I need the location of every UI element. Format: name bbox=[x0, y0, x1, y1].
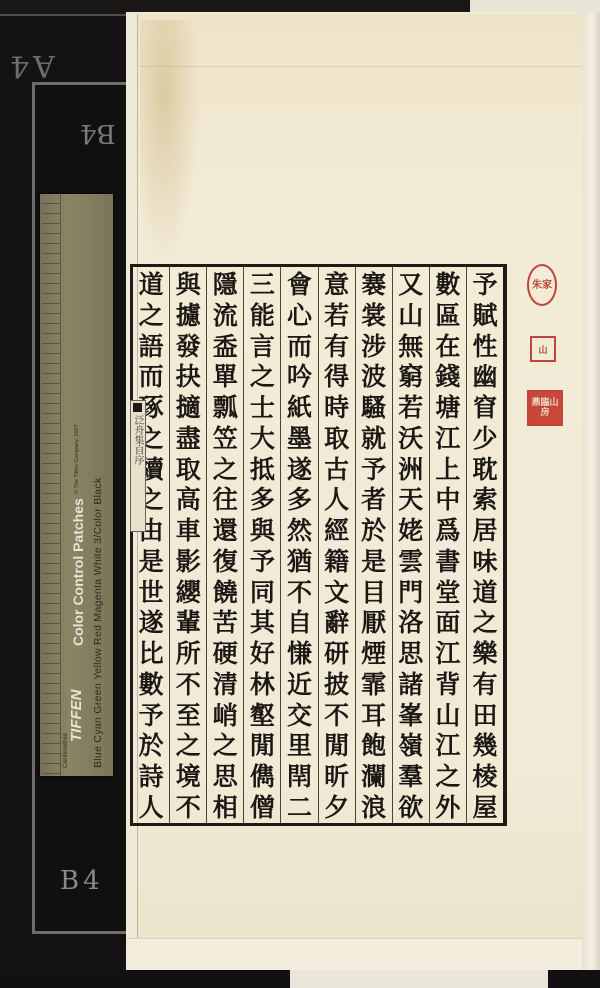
glyph: 無 bbox=[398, 333, 423, 360]
glyph: 遂 bbox=[287, 456, 312, 483]
glyph: 言 bbox=[250, 333, 275, 360]
glyph: 爲 bbox=[435, 517, 460, 544]
glyph: 多 bbox=[250, 486, 275, 513]
glyph: 有 bbox=[472, 671, 497, 698]
text-column: 又山無窮若沃洲天姥雲門洛思諸峯嶺羣欲 bbox=[392, 267, 429, 823]
glyph: 盡 bbox=[176, 425, 201, 452]
glyph: 輩 bbox=[176, 609, 201, 636]
glyph: 樂 bbox=[472, 640, 497, 667]
glyph: 予 bbox=[361, 456, 386, 483]
glyph: 門 bbox=[398, 579, 423, 606]
card-label-a4: A4 bbox=[6, 48, 55, 83]
glyph: 而 bbox=[287, 333, 312, 360]
glyph: 遂 bbox=[139, 609, 164, 636]
glyph: 抉 bbox=[176, 363, 201, 390]
glyph: 里 bbox=[287, 732, 312, 759]
glyph: 語 bbox=[139, 333, 164, 360]
glyph: 比 bbox=[139, 640, 164, 667]
glyph: 意 bbox=[324, 271, 349, 298]
glyph: 堂 bbox=[435, 579, 460, 606]
glyph: 能 bbox=[250, 302, 275, 329]
glyph: 之 bbox=[213, 732, 238, 759]
glyph: 閈 bbox=[287, 763, 312, 790]
glyph: 之 bbox=[472, 609, 497, 636]
glyph: 數 bbox=[435, 271, 460, 298]
glyph: 清 bbox=[213, 671, 238, 698]
glyph: 瀾 bbox=[361, 763, 386, 790]
glyph: 林 bbox=[250, 671, 275, 698]
text-column: 意若有得時取古人經籍文辭研披不閒昕夕 bbox=[318, 267, 355, 823]
glyph: 取 bbox=[176, 456, 201, 483]
glyph: 復 bbox=[213, 548, 238, 575]
glyph: 研 bbox=[324, 640, 349, 667]
glyph: 少 bbox=[472, 425, 497, 452]
glyph: 於 bbox=[361, 517, 386, 544]
glyph: 不 bbox=[324, 702, 349, 729]
glyph: 中 bbox=[435, 486, 460, 513]
glyph: 經 bbox=[324, 517, 349, 544]
glyph: 多 bbox=[287, 486, 312, 513]
glyph: 至 bbox=[176, 702, 201, 729]
glyph: 苦 bbox=[213, 609, 238, 636]
glyph: 往 bbox=[213, 486, 238, 513]
glyph: 世 bbox=[139, 579, 164, 606]
glyph: 得 bbox=[324, 363, 349, 390]
glyph: 是 bbox=[361, 548, 386, 575]
glyph: 霏 bbox=[361, 671, 386, 698]
glyph: 數 bbox=[139, 671, 164, 698]
glyph: 目 bbox=[361, 579, 386, 606]
glyph: 之 bbox=[176, 732, 201, 759]
glyph: 厭 bbox=[361, 609, 386, 636]
glyph: 棱 bbox=[472, 763, 497, 790]
glyph: 近 bbox=[287, 671, 312, 698]
glyph: 閒 bbox=[250, 732, 275, 759]
glyph: 儁 bbox=[250, 763, 275, 790]
glyph: 天 bbox=[398, 486, 423, 513]
glyph: 羣 bbox=[398, 763, 423, 790]
glyph: 不 bbox=[176, 794, 201, 821]
glyph: 峭 bbox=[213, 702, 238, 729]
strip-title: Color Control Patches bbox=[70, 498, 86, 646]
glyph: 索 bbox=[472, 486, 497, 513]
glyph: 背 bbox=[435, 671, 460, 698]
glyph: 是 bbox=[139, 548, 164, 575]
glyph: 思 bbox=[213, 763, 238, 790]
glyph: 江 bbox=[435, 640, 460, 667]
glyph: 浪 bbox=[361, 794, 386, 821]
glyph: 壑 bbox=[250, 702, 275, 729]
glyph: 居 bbox=[472, 517, 497, 544]
text-column: 數區在錢塘江上中爲書堂面江背山江之外 bbox=[429, 267, 466, 823]
strip-copyright: © The Tiffen Company, 2007 bbox=[74, 424, 80, 494]
glyph: 自 bbox=[287, 609, 312, 636]
glyph: 還 bbox=[213, 517, 238, 544]
glyph: 沃 bbox=[398, 425, 423, 452]
glyph: 若 bbox=[324, 302, 349, 329]
glyph: 在 bbox=[435, 333, 460, 360]
glyph: 窮 bbox=[398, 363, 423, 390]
glyph: 好 bbox=[250, 640, 275, 667]
glyph: 有 bbox=[324, 333, 349, 360]
glyph: 攄 bbox=[176, 302, 201, 329]
glyph: 洲 bbox=[398, 456, 423, 483]
text-column: 會心而吟紙墨遂多然猶不自慊近交里閈二 bbox=[280, 267, 317, 823]
glyph: 抵 bbox=[250, 456, 275, 483]
strip-brand: TIFFEN bbox=[68, 690, 85, 743]
text-column: 三能言之士大抵多與予同其好林壑閒儁僧 bbox=[243, 267, 280, 823]
glyph: 山 bbox=[435, 702, 460, 729]
glyph: 影 bbox=[176, 548, 201, 575]
glyph: 大 bbox=[250, 425, 275, 452]
glyph: 僧 bbox=[250, 794, 275, 821]
book-page-edges bbox=[580, 12, 600, 970]
glyph: 飽 bbox=[361, 732, 386, 759]
card-label-b4-bottom: B4 bbox=[60, 866, 104, 896]
glyph: 之 bbox=[139, 302, 164, 329]
glyph: 二 bbox=[287, 794, 312, 821]
glyph: 耽 bbox=[472, 456, 497, 483]
text-column: 與攄發抉擿盡取高車影纓輩所不至之境不 bbox=[169, 267, 206, 823]
glyph: 與 bbox=[176, 271, 201, 298]
glyph: 瓢 bbox=[213, 394, 238, 421]
glyph: 披 bbox=[324, 671, 349, 698]
glyph: 面 bbox=[435, 609, 460, 636]
page-fold-line bbox=[137, 66, 582, 67]
glyph: 夕 bbox=[324, 794, 349, 821]
glyph: 窅 bbox=[472, 394, 497, 421]
glyph: 就 bbox=[361, 425, 386, 452]
glyph: 外 bbox=[435, 794, 460, 821]
glyph: 幽 bbox=[472, 363, 497, 390]
glyph: 人 bbox=[324, 486, 349, 513]
glyph: 姥 bbox=[398, 517, 423, 544]
glyph: 味 bbox=[472, 548, 497, 575]
glyph: 慊 bbox=[287, 640, 312, 667]
glyph: 思 bbox=[398, 640, 423, 667]
glyph: 者 bbox=[361, 486, 386, 513]
margin-title-text: 泛舟集自序 bbox=[132, 415, 144, 465]
glyph: 紙 bbox=[287, 394, 312, 421]
glyph: 同 bbox=[250, 579, 275, 606]
glyph: 高 bbox=[176, 486, 201, 513]
glyph: 嶺 bbox=[398, 732, 423, 759]
glyph: 峯 bbox=[398, 702, 423, 729]
glyph: 洛 bbox=[398, 609, 423, 636]
glyph: 書 bbox=[435, 548, 460, 575]
glyph: 古 bbox=[324, 456, 349, 483]
glyph: 墨 bbox=[287, 425, 312, 452]
glyph: 擿 bbox=[176, 394, 201, 421]
glyph: 隱 bbox=[213, 271, 238, 298]
glyph: 裳 bbox=[361, 302, 386, 329]
glyph: 文 bbox=[324, 579, 349, 606]
glyph: 三 bbox=[250, 271, 275, 298]
glyph: 發 bbox=[176, 333, 201, 360]
glyph: 山 bbox=[398, 302, 423, 329]
glyph: 區 bbox=[435, 302, 460, 329]
strip-ruler-unit: Centimetres bbox=[62, 733, 69, 768]
glyph: 褰 bbox=[361, 271, 386, 298]
collector-seal-filled: 鼎臨山房 bbox=[527, 390, 563, 426]
glyph: 予 bbox=[250, 548, 275, 575]
glyph: 流 bbox=[213, 302, 238, 329]
glyph: 笠 bbox=[213, 425, 238, 452]
glyph: 盉 bbox=[213, 333, 238, 360]
glyph: 單 bbox=[213, 363, 238, 390]
glyph: 煙 bbox=[361, 640, 386, 667]
glyph: 耳 bbox=[361, 702, 386, 729]
margin-title: 泛舟集自序 bbox=[130, 400, 146, 532]
text-column: 予賦性幽窅少耽索居味道之樂有田幾棱屋 bbox=[466, 267, 503, 823]
glyph: 心 bbox=[287, 302, 312, 329]
glyph: 交 bbox=[287, 702, 312, 729]
fishtail-mark-icon bbox=[133, 403, 142, 412]
glyph: 之 bbox=[250, 363, 275, 390]
text-column: 隱流盉單瓢笠之往還復饒苦硬清峭之思相 bbox=[206, 267, 243, 823]
glyph: 雲 bbox=[398, 548, 423, 575]
glyph: 於 bbox=[139, 732, 164, 759]
glyph: 涉 bbox=[361, 333, 386, 360]
glyph: 江 bbox=[435, 732, 460, 759]
card-label-b4-top: B4 bbox=[80, 118, 116, 148]
text-block-frame: 予賦性幽窅少耽索居味道之樂有田幾棱屋 數區在錢塘江上中爲書堂面江背山江之外 又山… bbox=[130, 264, 507, 826]
glyph: 道 bbox=[139, 271, 164, 298]
glyph: 境 bbox=[176, 763, 201, 790]
glyph: 然 bbox=[287, 517, 312, 544]
glyph: 幾 bbox=[472, 732, 497, 759]
glyph: 人 bbox=[139, 794, 164, 821]
glyph: 不 bbox=[176, 671, 201, 698]
glyph: 詩 bbox=[139, 763, 164, 790]
glyph: 之 bbox=[435, 763, 460, 790]
glyph: 諸 bbox=[398, 671, 423, 698]
glyph: 昕 bbox=[324, 763, 349, 790]
glyph: 賦 bbox=[472, 302, 497, 329]
glyph: 騷 bbox=[361, 394, 386, 421]
text-column: 道之語而琢之續之由是世遂比數予於詩人 bbox=[133, 267, 169, 823]
glyph: 塘 bbox=[435, 394, 460, 421]
page-stain bbox=[140, 20, 200, 270]
page-lower-band bbox=[127, 938, 582, 971]
glyph: 籍 bbox=[324, 548, 349, 575]
glyph: 士 bbox=[250, 394, 275, 421]
glyph: 辭 bbox=[324, 609, 349, 636]
glyph: 田 bbox=[472, 702, 497, 729]
glyph: 錢 bbox=[435, 363, 460, 390]
glyph: 上 bbox=[435, 456, 460, 483]
glyph: 閒 bbox=[324, 732, 349, 759]
collector-seal-oval: 朱家 bbox=[527, 264, 557, 306]
glyph: 屋 bbox=[472, 794, 497, 821]
glyph: 又 bbox=[398, 271, 423, 298]
glyph: 若 bbox=[398, 394, 423, 421]
glyph: 性 bbox=[472, 333, 497, 360]
glyph: 會 bbox=[287, 271, 312, 298]
glyph: 予 bbox=[139, 702, 164, 729]
glyph: 而 bbox=[139, 363, 164, 390]
glyph: 江 bbox=[435, 425, 460, 452]
glyph: 猶 bbox=[287, 548, 312, 575]
glyph: 其 bbox=[250, 609, 275, 636]
collector-seal-square: 山 bbox=[530, 336, 556, 362]
glyph: 之 bbox=[213, 456, 238, 483]
glyph: 吟 bbox=[287, 363, 312, 390]
text-column: 褰裳涉波騷就予者於是目厭煙霏耳飽瀾浪 bbox=[355, 267, 392, 823]
glyph: 硬 bbox=[213, 640, 238, 667]
text-columns: 予賦性幽窅少耽索居味道之樂有田幾棱屋 數區在錢塘江上中爲書堂面江背山江之外 又山… bbox=[133, 267, 503, 823]
glyph: 與 bbox=[250, 517, 275, 544]
glyph: 車 bbox=[176, 517, 201, 544]
background-bottom-tab bbox=[290, 970, 548, 988]
glyph: 相 bbox=[213, 794, 238, 821]
glyph: 波 bbox=[361, 363, 386, 390]
glyph: 時 bbox=[324, 394, 349, 421]
centimetre-ruler bbox=[42, 194, 61, 776]
glyph: 予 bbox=[472, 271, 497, 298]
glyph: 欲 bbox=[398, 794, 423, 821]
glyph: 饒 bbox=[213, 579, 238, 606]
strip-patch-labels: Blue Cyan Green Yellow Red Magenta White… bbox=[92, 477, 104, 768]
glyph: 不 bbox=[287, 579, 312, 606]
color-control-strip: TIFFEN Color Control Patches Blue Cyan G… bbox=[40, 194, 113, 776]
glyph: 道 bbox=[472, 579, 497, 606]
glyph: 纓 bbox=[176, 579, 201, 606]
glyph: 取 bbox=[324, 425, 349, 452]
glyph: 所 bbox=[176, 640, 201, 667]
